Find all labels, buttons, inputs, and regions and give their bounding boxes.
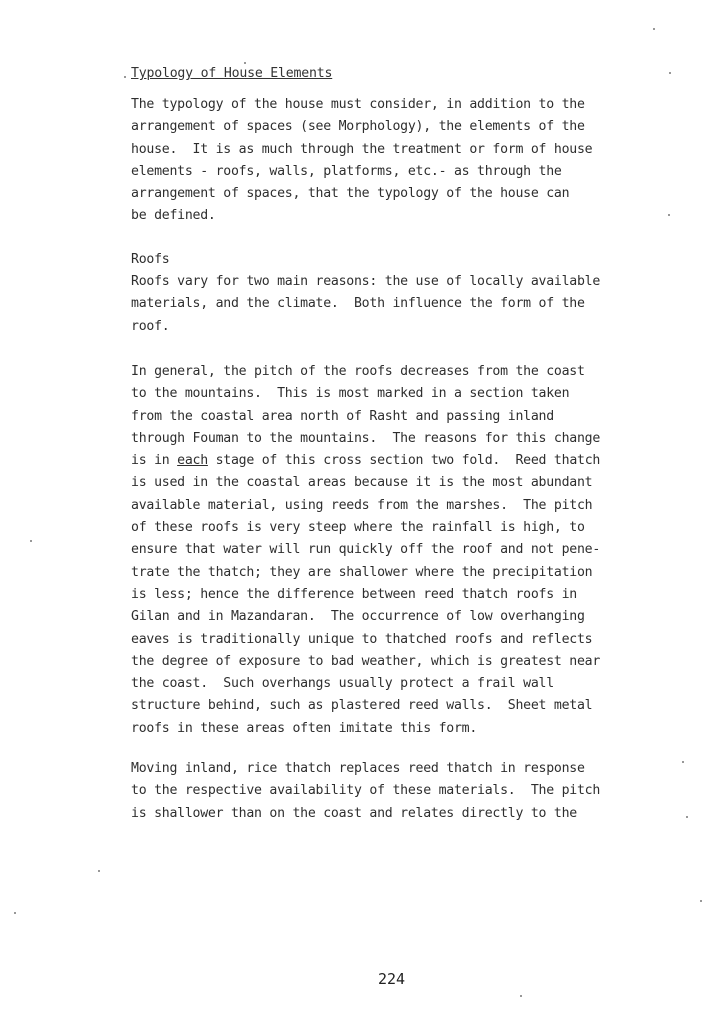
scan-speck <box>520 995 522 997</box>
roofs-paragraph: Roofs vary for two main reasons: the use… <box>131 271 600 338</box>
scan-speck <box>653 28 655 30</box>
text-line: trate the thatch; they are shallower whe… <box>131 562 600 584</box>
text-line: be defined. <box>131 205 592 227</box>
text-line: arrangement of spaces, that the typology… <box>131 183 592 205</box>
text-line: the degree of exposure to bad weather, w… <box>131 651 600 673</box>
section-heading: Typology of House Elements <box>131 66 332 81</box>
document-page: Typology of House Elements The typology … <box>0 0 725 1024</box>
text-line: through Fouman to the mountains. The rea… <box>131 428 600 450</box>
text-line: to the respective availability of these … <box>131 780 600 802</box>
scan-speck <box>244 62 246 64</box>
text-line: Gilan and in Mazandaran. The occurrence … <box>131 606 600 628</box>
text-line: materials, and the climate. Both influen… <box>131 293 600 315</box>
scan-speck <box>682 761 684 763</box>
text-line: to the mountains. This is most marked in… <box>131 383 600 405</box>
scan-speck <box>668 214 670 216</box>
text-line: ensure that water will run quickly off t… <box>131 539 600 561</box>
text-line: roof. <box>131 316 600 338</box>
scan-speck <box>700 900 702 902</box>
general-paragraph: In general, the pitch of the roofs decre… <box>131 361 600 740</box>
text-line: is shallower than on the coast and relat… <box>131 803 600 825</box>
scan-speck <box>124 76 126 78</box>
text-line: roofs in these areas often imitate this … <box>131 718 600 740</box>
text-line: arrangement of spaces (see Morphology), … <box>131 116 592 138</box>
text-line: The typology of the house must consider,… <box>131 94 592 116</box>
text-line: available material, using reeds from the… <box>131 495 600 517</box>
text-line: elements - roofs, walls, platforms, etc.… <box>131 161 592 183</box>
roofs-subheading: Roofs <box>131 249 169 271</box>
intro-paragraph: The typology of the house must consider,… <box>131 94 592 228</box>
text-line: eaves is traditionally unique to thatche… <box>131 629 600 651</box>
text-line: Moving inland, rice thatch replaces reed… <box>131 758 600 780</box>
text-line: is in each stage of this cross section t… <box>131 450 600 472</box>
inland-paragraph: Moving inland, rice thatch replaces reed… <box>131 758 600 825</box>
scan-speck <box>686 816 688 818</box>
text-line: house. It is as much through the treatme… <box>131 139 592 161</box>
text-line: is used in the coastal areas because it … <box>131 472 600 494</box>
text-line: Roofs vary for two main reasons: the use… <box>131 271 600 293</box>
text-line: structure behind, such as plastered reed… <box>131 695 600 717</box>
text-line: from the coastal area north of Rasht and… <box>131 406 600 428</box>
text-line: of these roofs is very steep where the r… <box>131 517 600 539</box>
scan-speck <box>98 870 100 872</box>
text-line: the coast. Such overhangs usually protec… <box>131 673 600 695</box>
scan-speck <box>14 912 16 914</box>
scan-speck <box>30 540 32 542</box>
underlined-word: each <box>177 453 208 468</box>
text-line: is less; hence the difference between re… <box>131 584 600 606</box>
text-line: In general, the pitch of the roofs decre… <box>131 361 600 383</box>
page-number: 224 <box>378 970 405 988</box>
scan-speck <box>669 72 671 74</box>
